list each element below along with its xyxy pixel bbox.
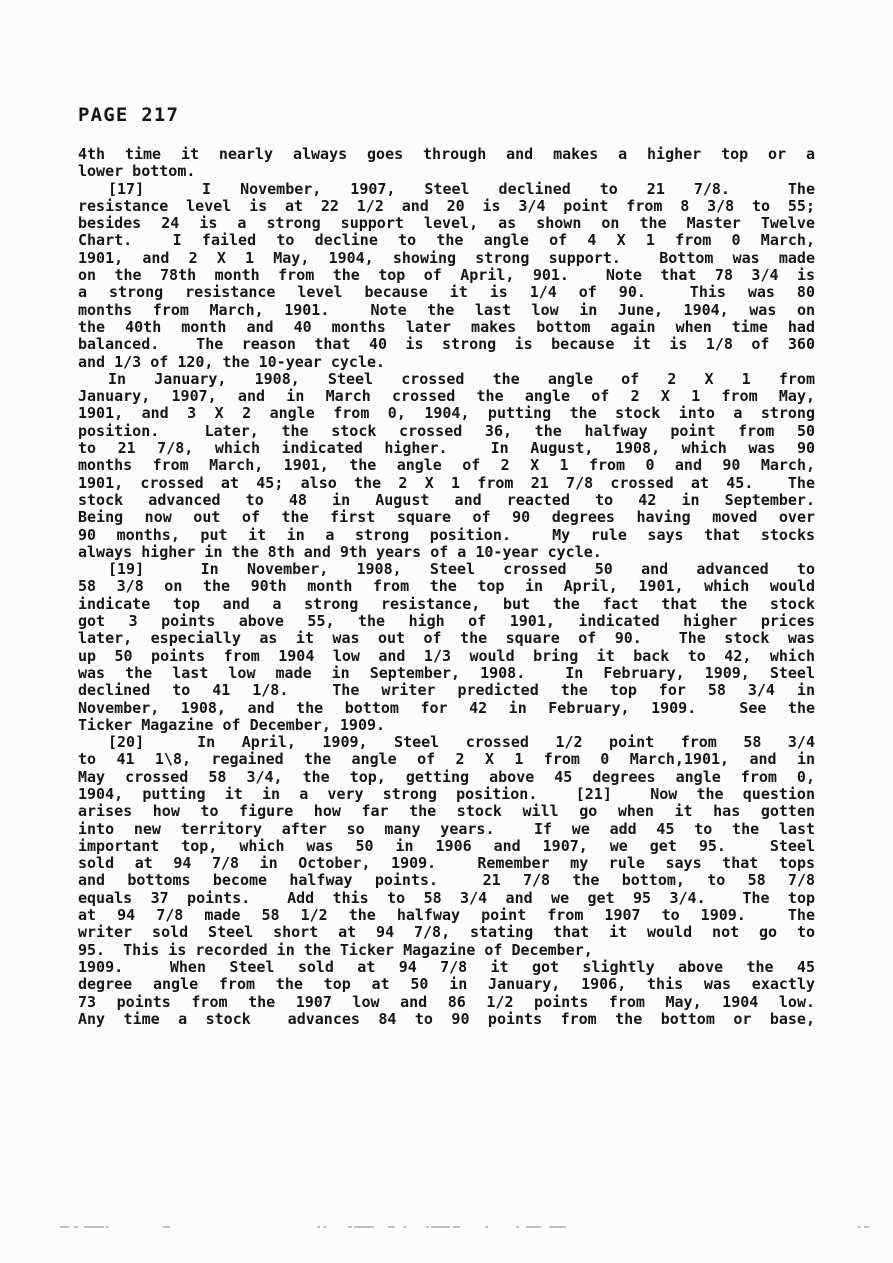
- text-line: was the last low made in September, 1908…: [78, 665, 815, 682]
- scan-artifact-dash: [549, 1226, 566, 1228]
- scan-artifact-dash: [858, 1226, 861, 1228]
- text-line: 1901, and 3 X 2 angle from 0, 1904, putt…: [78, 405, 815, 422]
- scan-artifact-row: [0, 1224, 893, 1230]
- text-line: lower bottom.: [78, 163, 815, 180]
- text-line: 1909. When Steel sold at 94 7/8 it got s…: [78, 959, 815, 976]
- text-line: up 50 points from 1904 low and 1/3 would…: [78, 648, 815, 665]
- scan-artifact-dash: [388, 1226, 395, 1228]
- text-line: arises how to figure how far the stock w…: [78, 803, 815, 820]
- text-line: a strong resistance level because it is …: [78, 284, 815, 301]
- text-line: 4th time it nearly always goes through a…: [78, 146, 815, 163]
- text-line: balanced. The reason that 40 is strong i…: [78, 336, 815, 353]
- text-line: on the 78th month from the top of April,…: [78, 267, 815, 284]
- text-line: 58 3/8 on the 90th month from the top in…: [78, 578, 815, 595]
- text-line: Being now out of the first square of 90 …: [78, 509, 815, 526]
- text-line: always higher in the 8th and 9th years o…: [78, 544, 815, 561]
- text-line: November, 1908, and the bottom for 42 in…: [78, 700, 815, 717]
- scan-artifact-dash: [516, 1226, 519, 1228]
- text-line: [17] I November, 1907, Steel declined to…: [78, 181, 815, 198]
- text-line: January, 1907, and in March crossed the …: [78, 388, 815, 405]
- text-line: besides 24 is a strong support level, as…: [78, 215, 815, 232]
- text-line: into new territory after so many years. …: [78, 821, 815, 838]
- scan-artifact-dash: [163, 1226, 170, 1228]
- scan-artifact-dash: [354, 1226, 374, 1228]
- text-line: indicate top and a strong resistance, bu…: [78, 596, 815, 613]
- text-line: got 3 points above 55, the high of 1901,…: [78, 613, 815, 630]
- scan-artifact-dash: [348, 1226, 352, 1228]
- text-line: degree angle from the top at 50 in Janua…: [78, 976, 815, 993]
- text-line: 95. This is recorded in the Ticker Magaz…: [78, 942, 815, 959]
- scan-artifact-dash: [84, 1226, 104, 1228]
- text-line: at 94 7/8 made 58 1/2 the halfway point …: [78, 907, 815, 924]
- text-line: to 41 1\8, regained the angle of 2 X 1 f…: [78, 751, 815, 768]
- text-line: 1901, crossed at 45; also the 2 X 1 from…: [78, 475, 815, 492]
- scan-artifact-dash: [426, 1226, 429, 1228]
- scan-artifact-dash: [431, 1226, 450, 1228]
- text-line: to 21 7/8, which indicated higher. In Au…: [78, 440, 815, 457]
- text-line: and bottoms become halfway points. 21 7/…: [78, 872, 815, 889]
- scan-artifact-dash: [317, 1226, 320, 1228]
- text-line: later, especially as it was out of the s…: [78, 630, 815, 647]
- text-line: stock advanced to 48 in August and react…: [78, 492, 815, 509]
- text-line: 90 months, put it in a strong position. …: [78, 527, 815, 544]
- scan-artifact-dash: [864, 1226, 869, 1228]
- text-line: [20] In April, 1909, Steel crossed 1/2 p…: [78, 734, 815, 751]
- text-line: months from March, 1901. Note the last l…: [78, 302, 815, 319]
- text-line: writer sold Steel short at 94 7/8, stati…: [78, 924, 815, 941]
- scan-artifact-dash: [323, 1226, 326, 1228]
- text-line: May crossed 58 3/4, the top, getting abo…: [78, 769, 815, 786]
- text-line: months from March, 1901, the angle of 2 …: [78, 457, 815, 474]
- text-line: important top, which was 50 in 1906 and …: [78, 838, 815, 855]
- scan-artifact-dash: [60, 1226, 69, 1228]
- text-line: declined to 41 1/8. The writer predicted…: [78, 682, 815, 699]
- text-line: 1901, and 2 X 1 May, 1904, showing stron…: [78, 250, 815, 267]
- scan-artifact-dash: [74, 1226, 78, 1228]
- scan-artifact-dash: [106, 1226, 109, 1228]
- scan-artifact-dash: [485, 1226, 488, 1228]
- text-line: the 40th month and 40 months later makes…: [78, 319, 815, 336]
- text-line: 1904, putting it in a very strong positi…: [78, 786, 815, 803]
- text-line: [19] In November, 1908, Steel crossed 50…: [78, 561, 815, 578]
- text-line: and 1/3 of 120, the 10-year cycle.: [78, 354, 815, 371]
- text-line: resistance level is at 22 1/2 and 20 is …: [78, 198, 815, 215]
- scan-artifact-dash: [453, 1226, 460, 1228]
- text-line: Any time a stock advances 84 to 90 point…: [78, 1011, 815, 1028]
- text-line: 73 points from the 1907 low and 86 1/2 p…: [78, 994, 815, 1011]
- document-page: PAGE 217 4th time it nearly always goes …: [0, 0, 893, 1263]
- text-line: equals 37 points. Add this to 58 3/4 and…: [78, 890, 815, 907]
- page-number-heading: PAGE 217: [78, 104, 179, 126]
- text-line: Ticker Magazine of December, 1909.: [78, 717, 815, 734]
- text-line: sold at 94 7/8 in October, 1909. Remembe…: [78, 855, 815, 872]
- text-line: In January, 1908, Steel crossed the angl…: [78, 371, 815, 388]
- text-line: Chart. I failed to decline to the angle …: [78, 232, 815, 249]
- scan-artifact-dash: [526, 1226, 541, 1228]
- scan-artifact-dash: [403, 1226, 406, 1228]
- text-line: position. Later, the stock crossed 36, t…: [78, 423, 815, 440]
- text-block: 4th time it nearly always goes through a…: [78, 146, 815, 1028]
